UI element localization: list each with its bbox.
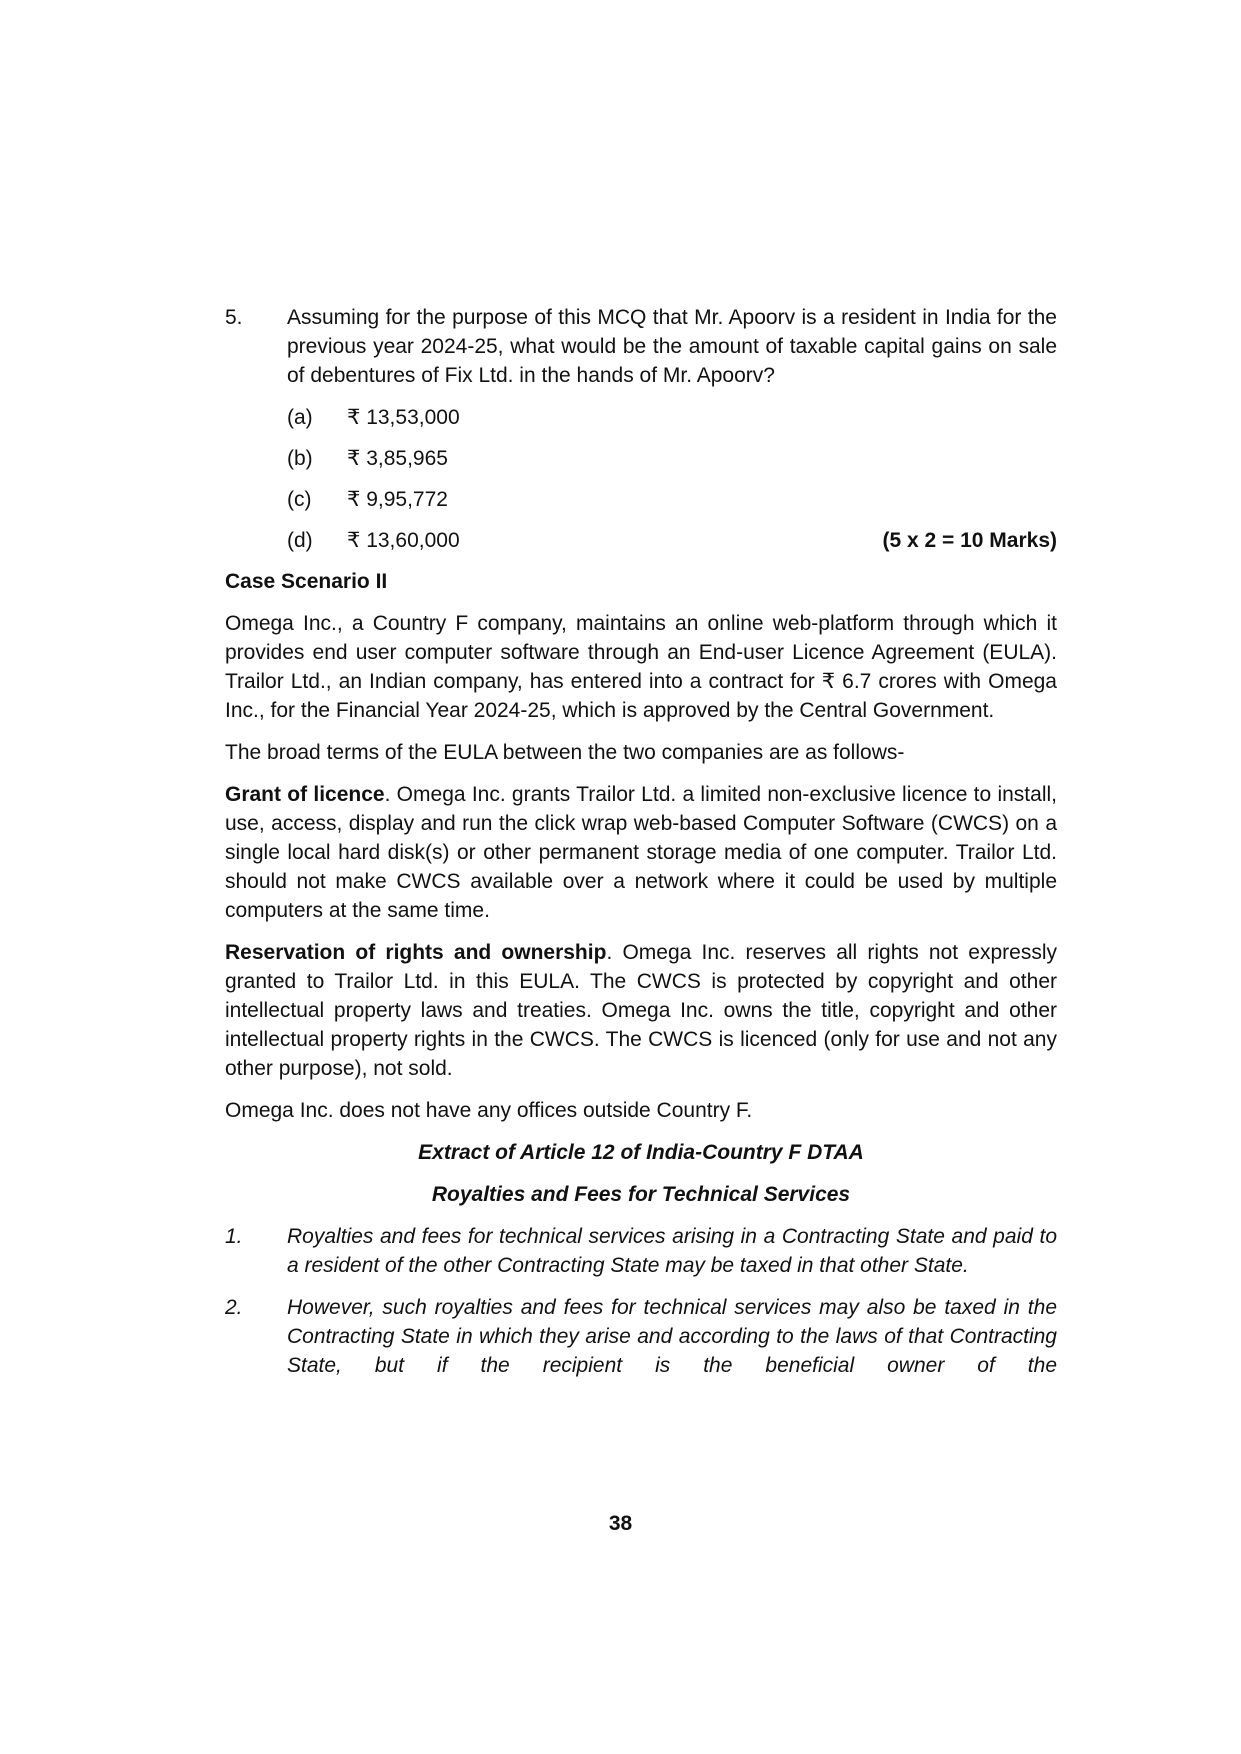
article-clause-2: 2. However, such royalties and fees for … [225,1293,1057,1380]
reservation-paragraph: Reservation of rights and ownership. Ome… [225,938,1057,1083]
marks-allocation: (5 x 2 = 10 Marks) [882,526,1057,555]
clause-text: However, such royalties and fees for tec… [287,1293,1057,1380]
option-d: (d) ₹ 13,60,000 (5 x 2 = 10 Marks) [287,526,1057,555]
case-intro-paragraph: Omega Inc., a Country F company, maintai… [225,609,1057,725]
clause-number: 1. [225,1222,287,1280]
question-5: 5. Assuming for the purpose of this MCQ … [225,303,1057,390]
article-title: Extract of Article 12 of India-Country F… [225,1138,1057,1167]
article-subtitle: Royalties and Fees for Technical Service… [225,1180,1057,1209]
option-value: ₹ 13,60,000 [347,526,882,555]
grant-of-licence-paragraph: Grant of licence. Omega Inc. grants Trai… [225,780,1057,925]
grant-of-licence-title: Grant of licence [225,783,385,806]
question-text: Assuming for the purpose of this MCQ tha… [287,303,1057,390]
offices-paragraph: Omega Inc. does not have any offices out… [225,1096,1057,1125]
answer-options: (a) ₹ 13,53,000 (b) ₹ 3,85,965 (c) ₹ 9,9… [287,403,1057,555]
option-value: ₹ 13,53,000 [347,403,1057,432]
option-value: ₹ 3,85,965 [347,444,1057,473]
terms-intro-paragraph: The broad terms of the EULA between the … [225,738,1057,767]
document-page: 5. Assuming for the purpose of this MCQ … [225,303,1057,1393]
option-label: (b) [287,444,347,473]
option-b: (b) ₹ 3,85,965 [287,444,1057,473]
option-c: (c) ₹ 9,95,772 [287,485,1057,514]
clause-number: 2. [225,1293,287,1380]
page-number: 38 [0,1512,1241,1536]
reservation-title: Reservation of rights and ownership [225,941,606,964]
question-number: 5. [225,303,287,390]
article-clause-1: 1. Royalties and fees for technical serv… [225,1222,1057,1280]
option-label: (d) [287,526,347,555]
clause-text: Royalties and fees for technical service… [287,1222,1057,1280]
option-a: (a) ₹ 13,53,000 [287,403,1057,432]
option-value: ₹ 9,95,772 [347,485,1057,514]
option-label: (c) [287,485,347,514]
option-label: (a) [287,403,347,432]
case-scenario-heading: Case Scenario II [225,567,1057,596]
